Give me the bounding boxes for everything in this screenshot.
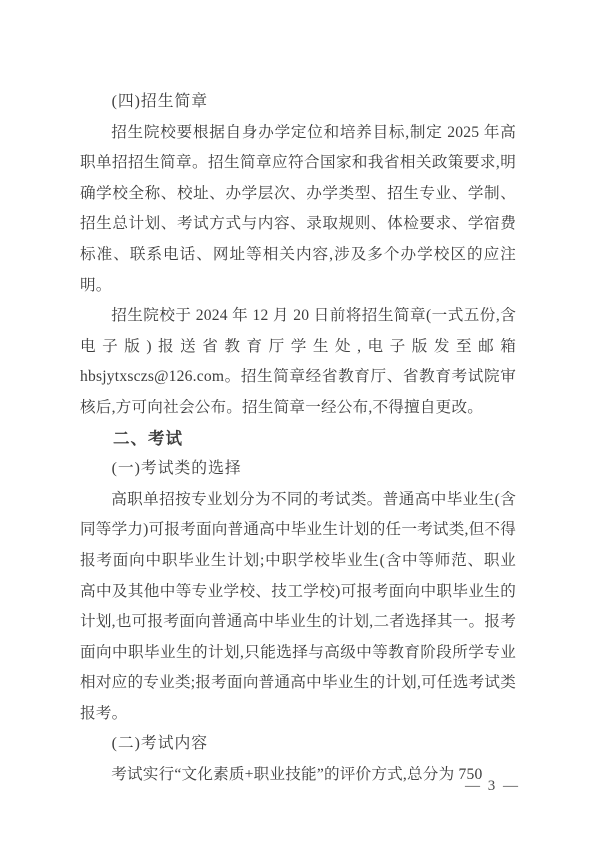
document-page: (四)招生简章 招生院校要根据自身办学定位和培养目标,制定 2025 年高职单招… <box>0 0 600 848</box>
paragraph-brochure-submission: 招生院校于 2024 年 12 月 20 日前将招生简章(一式五份,含电子版)报… <box>80 301 516 423</box>
paragraph-exam-scoring: 考试实行“文化素质+职业技能”的评价方式,总分为 750 <box>80 760 516 791</box>
paragraph-exam-category-rules: 高职单招按专业划分为不同的考试类。普通高中毕业生(含同等学力)可报考面向普通高中… <box>80 485 516 730</box>
document-body: (四)招生简章 招生院校要根据自身办学定位和培养目标,制定 2025 年高职单招… <box>80 87 516 791</box>
subheading-exam-content: (二)考试内容 <box>80 729 516 760</box>
subheading-enrollment-brochure: (四)招生简章 <box>80 87 516 118</box>
heading-examination: 二、考试 <box>80 424 516 455</box>
subheading-exam-category-selection: (一)考试类的选择 <box>80 454 516 485</box>
page-number: — 3 — <box>465 774 520 798</box>
paragraph-brochure-requirements: 招生院校要根据自身办学定位和培养目标,制定 2025 年高职单招招生简章。招生简… <box>80 118 516 302</box>
